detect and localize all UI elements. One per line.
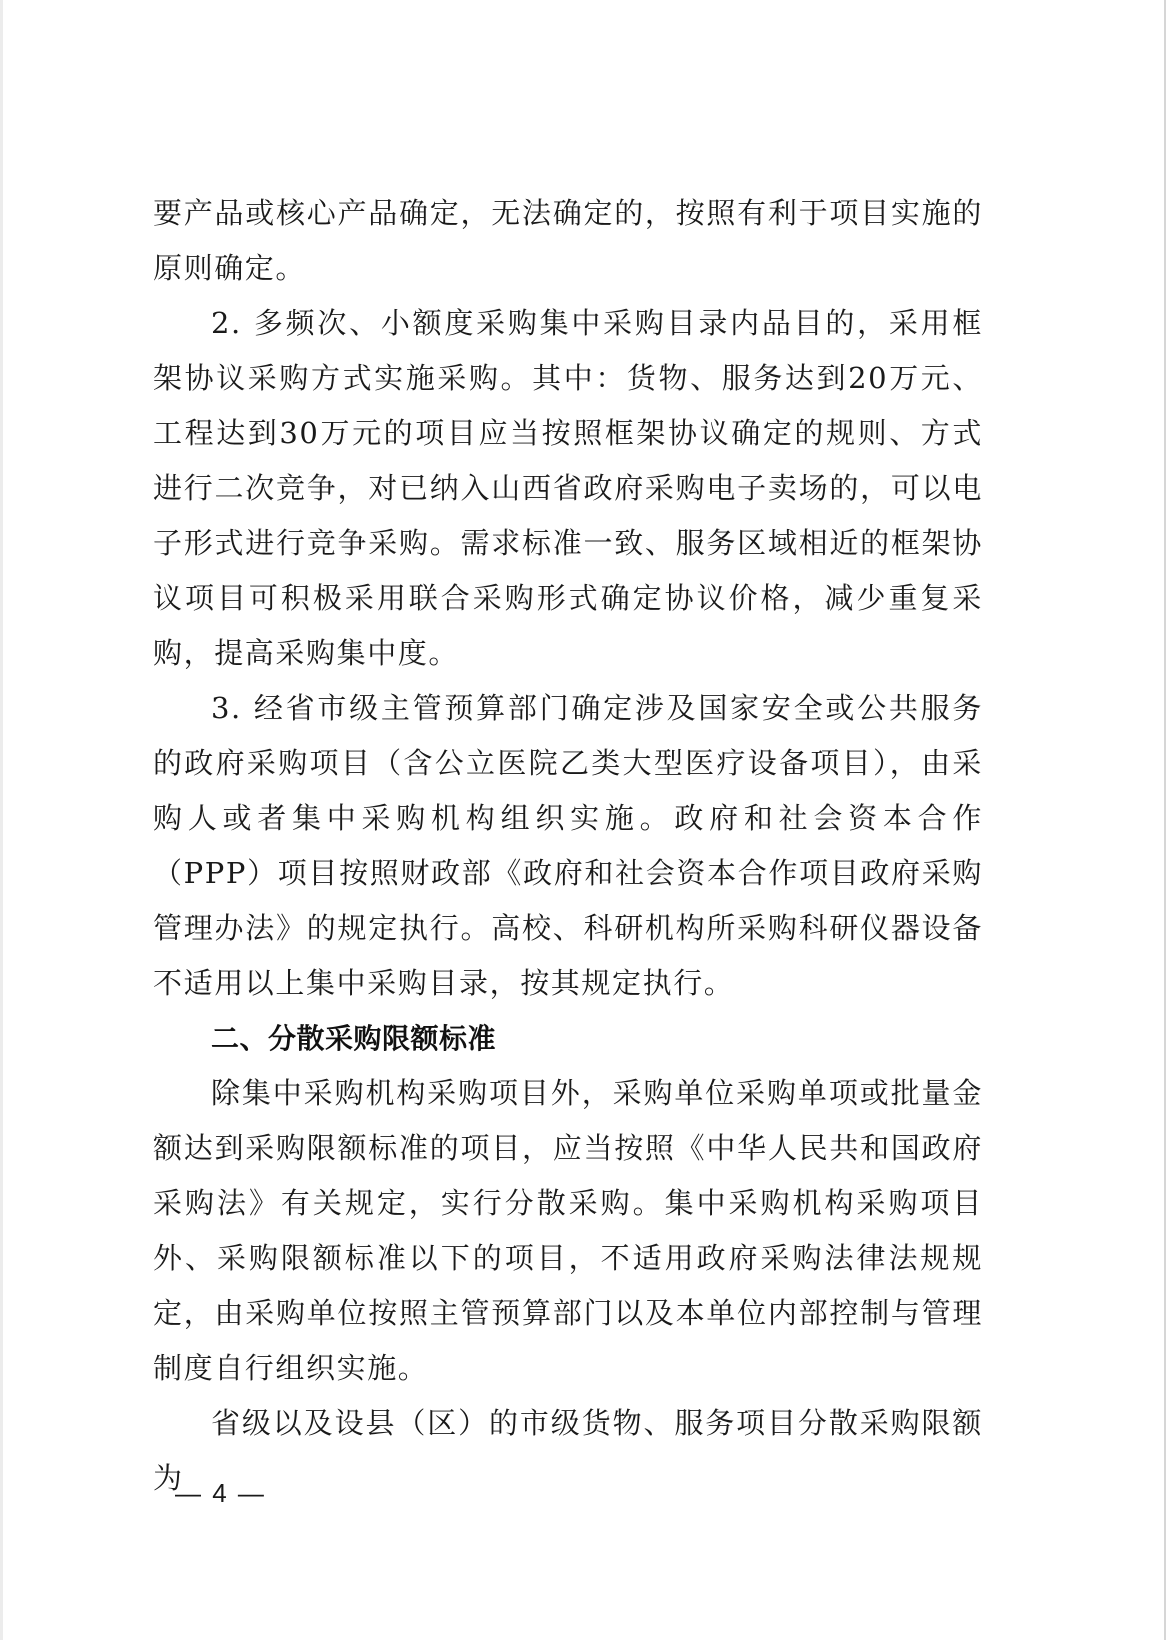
page-number: — 4 —	[175, 1478, 266, 1509]
paragraph-item-3: 3. 经省市级主管预算部门确定涉及国家安全或公共服务的政府采购项目（含公立医院乙…	[153, 681, 983, 1011]
document-page: 要产品或核心产品确定，无法确定的，按照有利于项目实施的原则确定。 2. 多频次、…	[0, 0, 1166, 1640]
paragraph-item-2: 2. 多频次、小额度采购集中采购目录内品目的，采用框架协议采购方式实施采购。其中…	[153, 296, 983, 681]
section-heading: 二、分散采购限额标准	[153, 1011, 983, 1066]
paragraph-decentralized-procurement: 除集中采购机构采购项目外，采购单位采购单项或批量金额达到采购限额标准的项目，应当…	[153, 1066, 983, 1396]
paragraph-limit-standard: 省级以及设县（区）的市级货物、服务项目分散采购限额为	[153, 1396, 983, 1506]
paragraph-continuation: 要产品或核心产品确定，无法确定的，按照有利于项目实施的原则确定。	[153, 186, 983, 296]
document-body: 要产品或核心产品确定，无法确定的，按照有利于项目实施的原则确定。 2. 多频次、…	[153, 186, 983, 1506]
